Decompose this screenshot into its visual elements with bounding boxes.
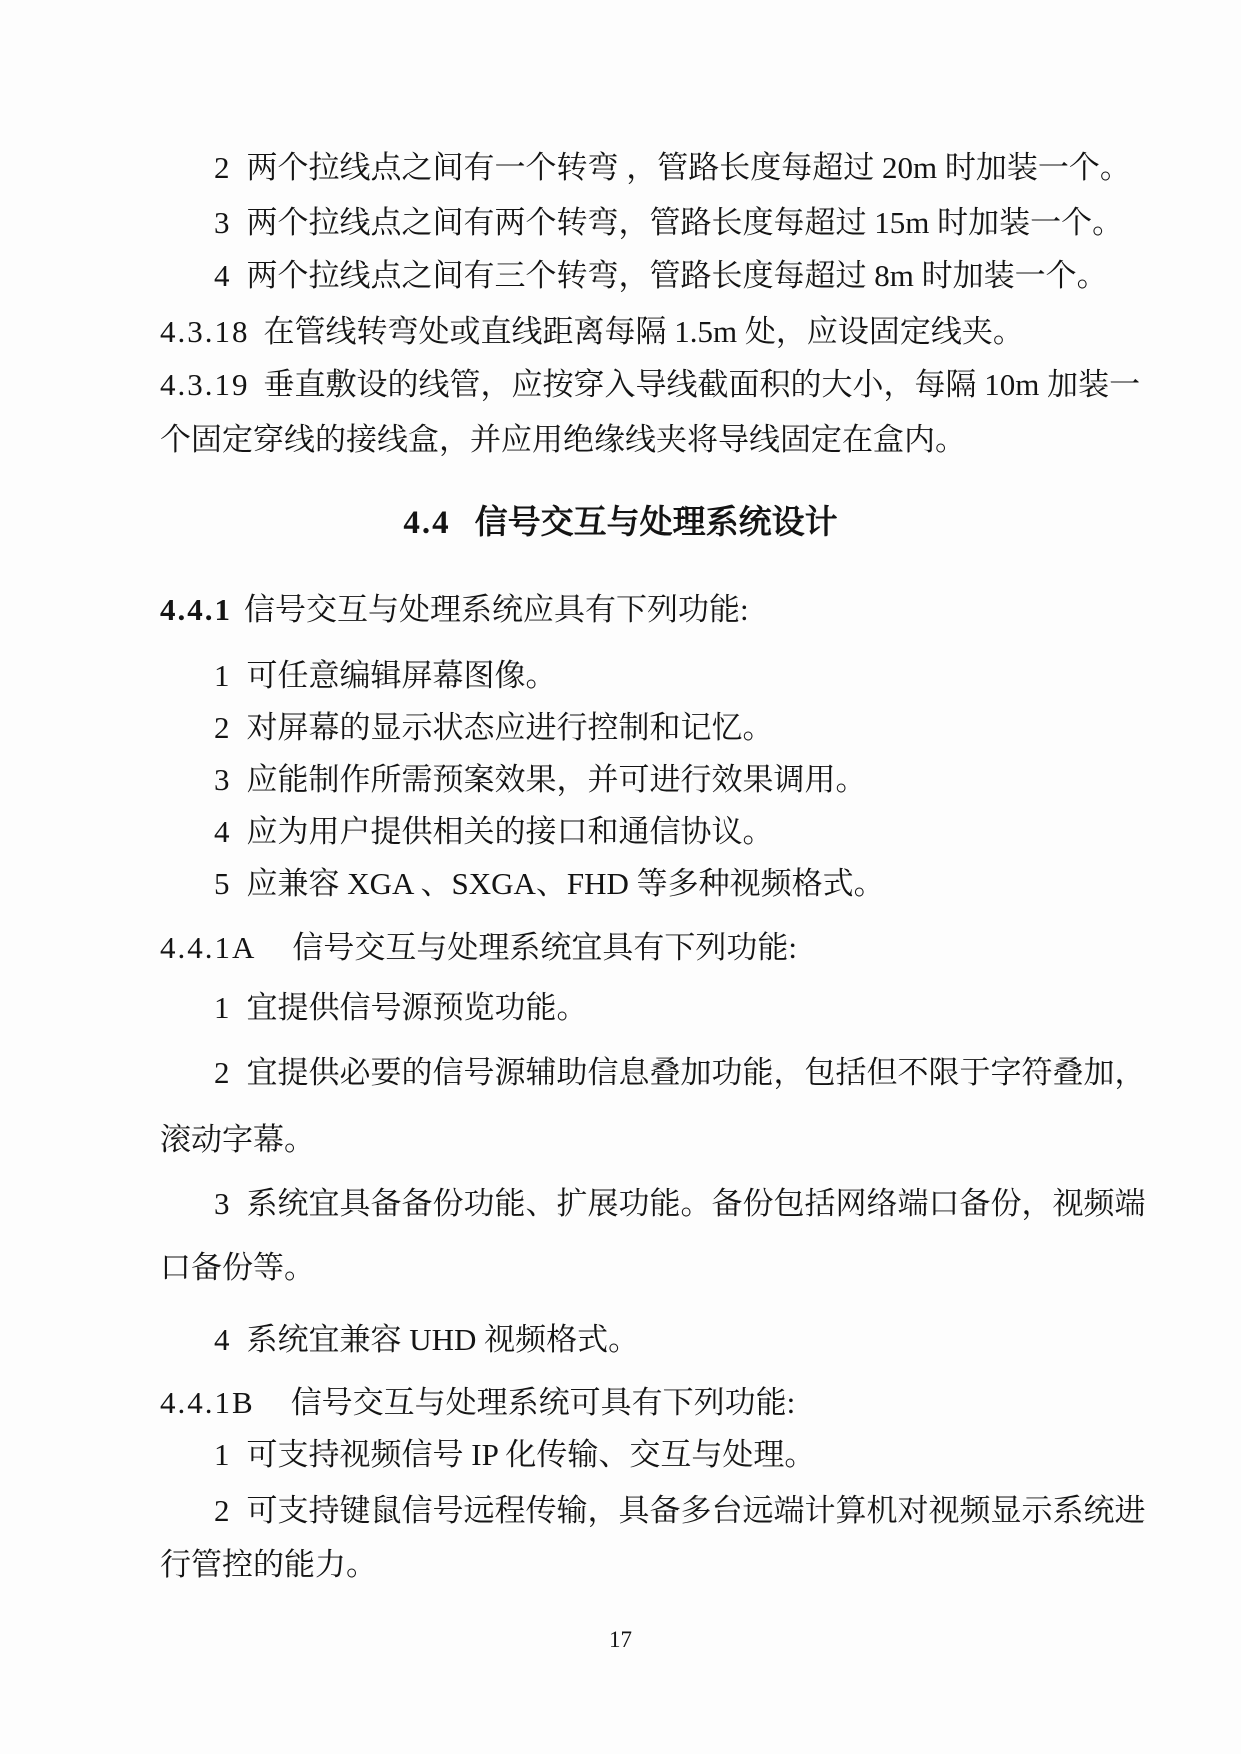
clause-4-3-19-continuation: 个固定穿线的接线盒，并应用绝缘线夹将导线固定在盒内。 bbox=[160, 422, 966, 458]
list-item: 2对屏幕的显示状态应进行控制和记忆。 bbox=[214, 710, 774, 746]
list-item-text-line1: 宜提供必要的信号源辅助信息叠加功能，包括但不限于字符叠加， bbox=[247, 1055, 1146, 1090]
list-item-number: 3 bbox=[214, 762, 231, 798]
clause-text: 在管线转弯处或直线距离每隔 1.5m 处，应设固定线夹。 bbox=[264, 314, 1024, 349]
list-item-text: 宜提供信号源预览功能。 bbox=[247, 990, 588, 1025]
list-item-text: 两个拉线点之间有两个转弯，管路长度每超过 15m 时加装一个。 bbox=[247, 205, 1124, 240]
clause-number: 4.4.1B bbox=[160, 1385, 255, 1421]
list-item: 4系统宜兼容 UHD 视频格式。 bbox=[214, 1322, 639, 1358]
list-item-number: 5 bbox=[214, 866, 231, 902]
list-item-continuation: 口备份等。 bbox=[160, 1250, 315, 1286]
list-item-text-line2: 行管控的能力。 bbox=[160, 1547, 377, 1582]
clause-4-4-1: 4.4.1信号交互与处理系统应具有下列功能: bbox=[160, 592, 749, 628]
list-item-number: 3 bbox=[214, 205, 231, 241]
list-item: 1可任意编辑屏幕图像。 bbox=[214, 658, 557, 694]
list-item-continuation: 行管控的能力。 bbox=[160, 1547, 377, 1583]
list-item: 2宜提供必要的信号源辅助信息叠加功能，包括但不限于字符叠加， bbox=[214, 1055, 1146, 1091]
section-number: 4.4 bbox=[403, 505, 450, 541]
list-item-number: 3 bbox=[214, 1186, 231, 1222]
list-item-text: 两个拉线点之间有三个转弯，管路长度每超过 8m 时加装一个。 bbox=[247, 258, 1108, 293]
list-item-text: 两个拉线点之间有一个转弯 ，管路长度每超过 20m 时加装一个。 bbox=[247, 150, 1131, 185]
clause-4-3-19: 4.3.19垂直敷设的线管，应按穿入导线截面积的大小，每隔 10m 加装一 bbox=[160, 367, 1140, 403]
list-item-text-line1: 系统宜具备备份功能、扩展功能。备份包括网络端口备份，视频端 bbox=[247, 1186, 1146, 1221]
clause-4-3-18: 4.3.18在管线转弯处或直线距离每隔 1.5m 处，应设固定线夹。 bbox=[160, 314, 1024, 350]
clause-number: 4.3.18 bbox=[160, 314, 250, 350]
page-number: 17 bbox=[0, 1628, 1241, 1651]
clause-number: 4.4.1A bbox=[160, 930, 256, 966]
list-item-text: 可任意编辑屏幕图像。 bbox=[247, 658, 557, 693]
list-item-text-line2: 口备份等。 bbox=[160, 1250, 315, 1285]
list-item: 2两个拉线点之间有一个转弯 ，管路长度每超过 20m 时加装一个。 bbox=[214, 150, 1131, 186]
list-item-number: 4 bbox=[214, 1322, 231, 1358]
list-item: 1宜提供信号源预览功能。 bbox=[214, 990, 588, 1026]
list-item: 4两个拉线点之间有三个转弯，管路长度每超过 8m 时加装一个。 bbox=[214, 258, 1108, 294]
list-item: 3系统宜具备备份功能、扩展功能。备份包括网络端口备份，视频端 bbox=[214, 1186, 1146, 1222]
list-item: 2可支持键鼠信号远程传输，具备多台远端计算机对视频显示系统进 bbox=[214, 1493, 1146, 1529]
clause-text: 信号交互与处理系统应具有下列功能: bbox=[244, 592, 749, 627]
list-item-text: 对屏幕的显示状态应进行控制和记忆。 bbox=[247, 710, 774, 745]
list-item-text: 可支持视频信号 IP 化传输、交互与处理。 bbox=[247, 1437, 816, 1472]
list-item-text-line2: 滚动字幕。 bbox=[160, 1122, 315, 1157]
list-item: 3应能制作所需预案效果，并可进行效果调用。 bbox=[214, 762, 867, 798]
list-item-text-line1: 可支持键鼠信号远程传输，具备多台远端计算机对视频显示系统进 bbox=[247, 1493, 1146, 1528]
list-item-text: 应为用户提供相关的接口和通信协议。 bbox=[247, 814, 774, 849]
clause-text: 信号交互与处理系统可具有下列功能: bbox=[291, 1385, 796, 1420]
list-item-number: 2 bbox=[214, 710, 231, 746]
section-heading: 4.4信号交互与处理系统设计 bbox=[0, 504, 1241, 541]
list-item: 3两个拉线点之间有两个转弯，管路长度每超过 15m 时加装一个。 bbox=[214, 205, 1123, 241]
list-item-number: 4 bbox=[214, 814, 231, 850]
list-item-text: 应兼容 XGA 、SXGA、FHD 等多种视频格式。 bbox=[247, 866, 885, 901]
list-item-text: 应能制作所需预案效果，并可进行效果调用。 bbox=[247, 762, 867, 797]
list-item: 1可支持视频信号 IP 化传输、交互与处理。 bbox=[214, 1437, 815, 1473]
list-item-number: 2 bbox=[214, 150, 231, 186]
clause-4-4-1B: 4.4.1B信号交互与处理系统可具有下列功能: bbox=[160, 1385, 795, 1421]
list-item-number: 1 bbox=[214, 990, 231, 1026]
list-item-number: 2 bbox=[214, 1055, 231, 1091]
clause-text-line1: 垂直敷设的线管，应按穿入导线截面积的大小，每隔 10m 加装一 bbox=[264, 367, 1141, 402]
section-title: 信号交互与处理系统设计 bbox=[475, 503, 838, 540]
document-page: 2两个拉线点之间有一个转弯 ，管路长度每超过 20m 时加装一个。 3两个拉线点… bbox=[0, 0, 1241, 1754]
list-item-text: 系统宜兼容 UHD 视频格式。 bbox=[247, 1322, 640, 1357]
list-item-continuation: 滚动字幕。 bbox=[160, 1122, 315, 1158]
list-item: 4应为用户提供相关的接口和通信协议。 bbox=[214, 814, 774, 850]
clause-4-4-1A: 4.4.1A信号交互与处理系统宜具有下列功能: bbox=[160, 930, 797, 966]
clause-text: 信号交互与处理系统宜具有下列功能: bbox=[292, 930, 797, 965]
list-item-number: 1 bbox=[214, 658, 231, 694]
clause-text-line2: 个固定穿线的接线盒，并应用绝缘线夹将导线固定在盒内。 bbox=[160, 422, 966, 457]
clause-number: 4.4.1 bbox=[160, 592, 232, 628]
list-item-number: 2 bbox=[214, 1493, 231, 1529]
list-item-number: 4 bbox=[214, 258, 231, 294]
clause-number: 4.3.19 bbox=[160, 367, 250, 403]
list-item-number: 1 bbox=[214, 1437, 231, 1473]
list-item: 5应兼容 XGA 、SXGA、FHD 等多种视频格式。 bbox=[214, 866, 885, 902]
